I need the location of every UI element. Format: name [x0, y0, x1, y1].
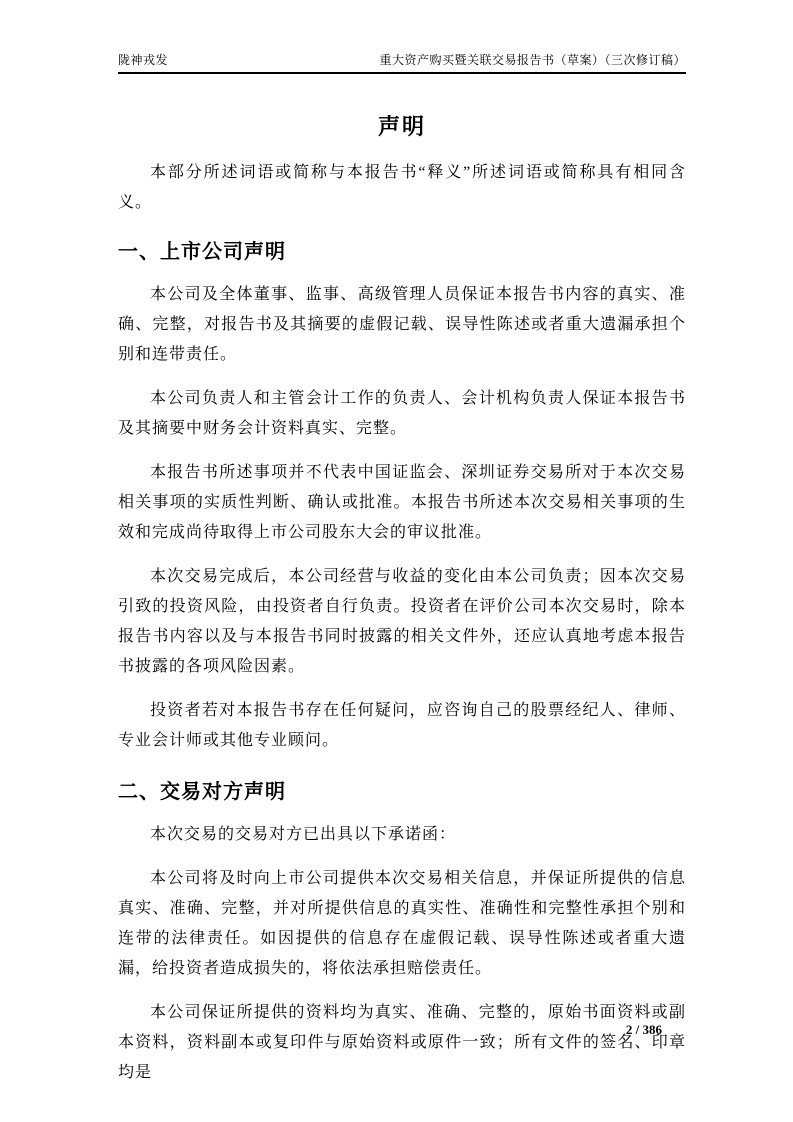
header-right-text: 重大资产购买暨关联交易报告书（草案）（三次修订稿） [379, 53, 686, 67]
paragraph: 本报告书所述事项并不代表中国证监会、深圳证券交易所对于本次交易相关事项的实质性判… [118, 458, 686, 548]
section-2-heading: 二、交易对方声明 [118, 780, 686, 804]
intro-paragraph: 本部分所述词语或简称与本报告书“释义”所述词语或简称具有相同含义。 [118, 158, 686, 218]
page-header: 陇神戎发 重大资产购买暨关联交易报告书（草案）（三次修订稿） [118, 53, 686, 74]
paragraph: 本公司将及时向上市公司提供本次交易相关信息，并保证所提供的信息真实、准确、完整，… [118, 864, 686, 984]
page-number: 2 / 386 [626, 1022, 662, 1038]
document-page: 陇神戎发 重大资产购买暨关联交易报告书（草案）（三次修订稿） 声明 本部分所述词… [0, 0, 793, 1122]
page-content: 陇神戎发 重大资产购买暨关联交易报告书（草案）（三次修订稿） 声明 本部分所述词… [118, 0, 686, 1088]
header-left-text: 陇神戎发 [118, 53, 168, 67]
paragraph: 本公司保证所提供的资料均为真实、准确、完整的，原始书面资料或副本资料，资料副本或… [118, 998, 686, 1088]
paragraph: 投资者若对本报告书存在任何疑问，应咨询自己的股票经纪人、律师、专业会计师或其他专… [118, 696, 686, 756]
section-1-heading: 一、上市公司声明 [118, 240, 686, 264]
paragraph: 本公司负责人和主管会计工作的负责人、会计机构负责人保证本报告书及其摘要中财务会计… [118, 384, 686, 444]
page-title: 声明 [118, 112, 686, 142]
paragraph: 本次交易完成后，本公司经营与收益的变化由本公司负责；因本次交易引致的投资风险，由… [118, 562, 686, 682]
paragraph: 本公司及全体董事、监事、高级管理人员保证本报告书内容的真实、准确、完整，对报告书… [118, 280, 686, 370]
paragraph: 本次交易的交易对方已出具以下承诺函： [118, 820, 686, 850]
